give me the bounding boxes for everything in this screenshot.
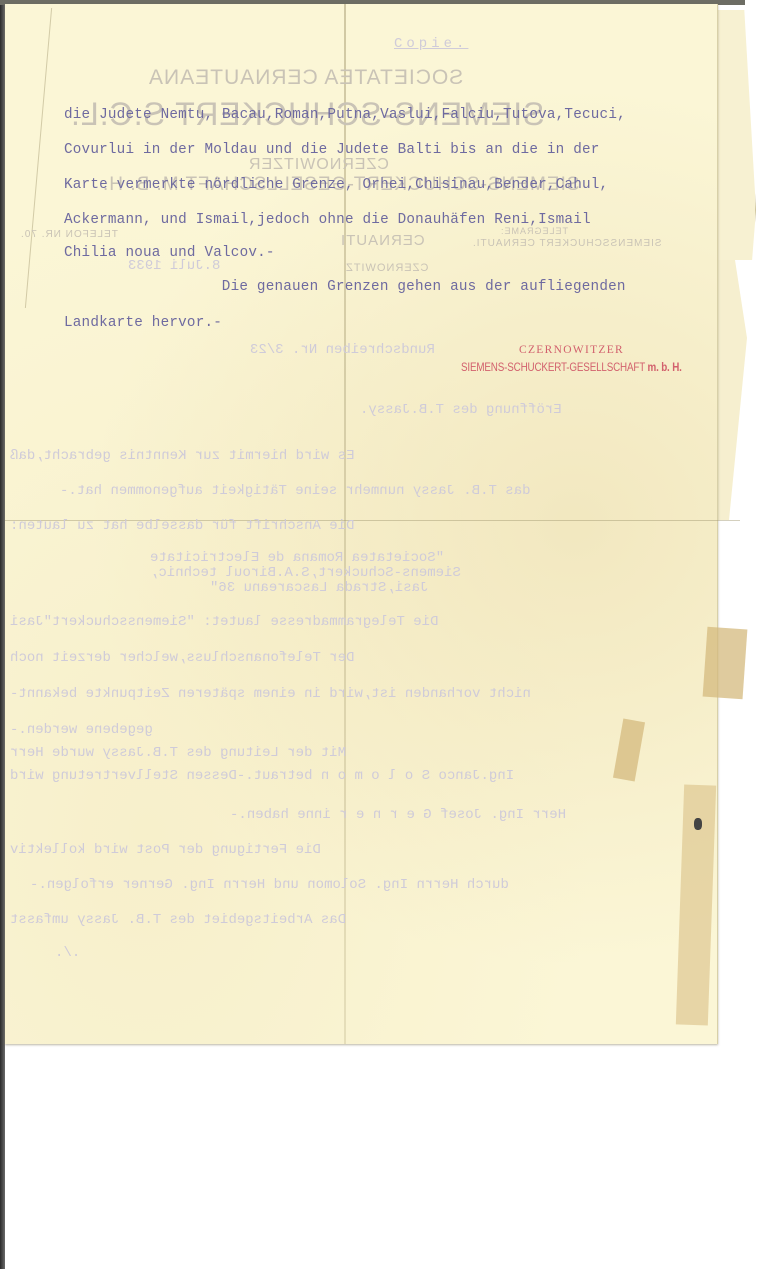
- typed-line: Karte vermerkte nördliche Grenze, Orhei,…: [64, 177, 608, 193]
- repair-tape: [703, 627, 748, 700]
- typed-line: Ackermann, und Ismail,jedoch ohne die Do…: [64, 212, 591, 228]
- bleed-through-line: Siemens-Schuckert,S.A.Biroul technic,: [150, 565, 461, 581]
- bleed-through-line: Eröffnung des T.B.Jassy.: [360, 402, 562, 418]
- stamp-line2: SIEMENS-SCHUCKERT-GESELLSCHAFT m. b. H.: [461, 360, 682, 374]
- bleed-through-line: Die Fertigung der Post wird kollektiv: [10, 842, 321, 858]
- bleed-through-line: ./.: [55, 945, 80, 961]
- ghost-letterhead-line1: SOCIETATEA CERNAUTEANA: [148, 66, 463, 90]
- bleed-through-line: nicht vorhanden ist,wird in einem später…: [10, 686, 531, 702]
- ghost-city: CERNAUTI: [340, 232, 425, 249]
- bleed-through-line: das T.B. Jassy nunmehr seine Tätigkeit a…: [60, 483, 530, 499]
- typed-line: Chilia noua und Valcov.-: [64, 245, 275, 261]
- bleed-through-line: Jasi,Strada Lascareanu 36": [210, 580, 428, 596]
- tear-hole: [694, 818, 702, 830]
- paper-edge-flap: [717, 10, 756, 260]
- typed-line: Landkarte hervor.-: [64, 315, 222, 331]
- typed-line: die Judete Nemtu, Bacau,Roman,Putna,Vasl…: [64, 107, 626, 123]
- bleed-through-line: gegebene werden.-: [10, 722, 153, 738]
- bleed-through-line: Das Arbeitsgebiet des T.B. Jassy umfasst: [10, 912, 346, 928]
- bleed-through-line: Mit der Leitung des T.B.Jassy wurde Herr: [10, 745, 346, 761]
- stamp-company: SIEMENS-SCHUCKERT-GESELLSCHAFT: [461, 360, 645, 374]
- stamp-suffix: m. b. H.: [647, 360, 681, 374]
- bleed-through-line: Die Anschrift für dasselbe hat zu lauten…: [10, 518, 354, 534]
- paper-edge-flap-lower: [717, 260, 747, 520]
- ghost-heading-copie: Copie.: [394, 36, 468, 52]
- bleed-through-line: Herr Ing. Josef G e r n e r inne haben.-: [230, 807, 566, 823]
- ghost-telefon: TELEFON NR. 70.: [20, 229, 118, 240]
- bleed-through-line: Die Telegrammadresse lautet: "Siemenssch…: [10, 614, 438, 630]
- typed-line: Die genauen Grenzen gehen aus der auflie…: [134, 279, 626, 295]
- bleed-through-line: Ing.Janco S o l o m o n betraut.-Dessen …: [10, 768, 514, 784]
- ghost-city2: CZERNOWITZ: [345, 262, 428, 274]
- bleed-through-line: Der Telefonanschluss,welcher derzeit noc…: [10, 650, 354, 666]
- ghost-letterhead-line3: CZERNOWITZER: [248, 156, 389, 174]
- bleed-through-line: Es wird hiermit zur Kenntnis gebracht,da…: [10, 448, 354, 464]
- stamp-line1: CZERNOWITZER: [519, 344, 624, 356]
- ghost-telegrams-value: SIEMENSSCHUCKERT CERNAUTI.: [472, 238, 662, 249]
- bleed-through-line: Rundschreiben Nr. 3/23: [250, 342, 435, 358]
- typed-line: Covurlui in der Moldau und die Judete Ba…: [64, 142, 600, 158]
- bleed-through-line: durch Herrn Ing. Solomon und Herrn Ing. …: [30, 877, 509, 893]
- bleed-through-line: "Societatea Romana de Electricitate: [150, 550, 444, 566]
